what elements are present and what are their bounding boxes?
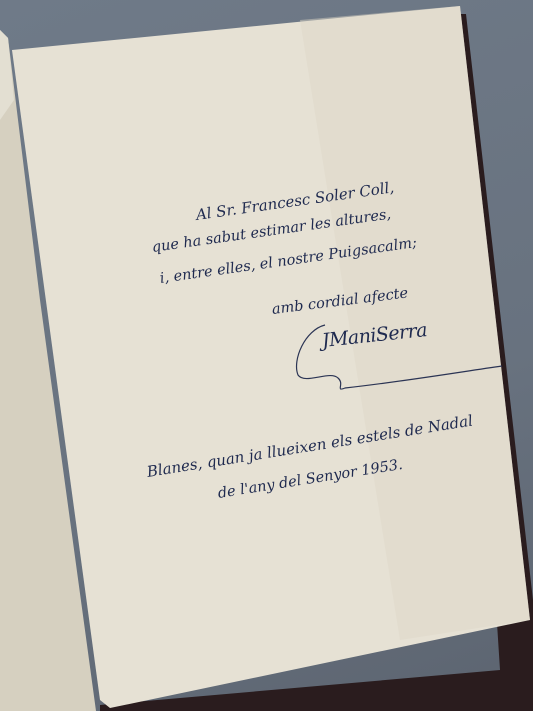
book-shapes: [0, 0, 533, 711]
photo-scene: Al Sr. Francesc Soler Coll, que ha sabut…: [0, 0, 533, 711]
